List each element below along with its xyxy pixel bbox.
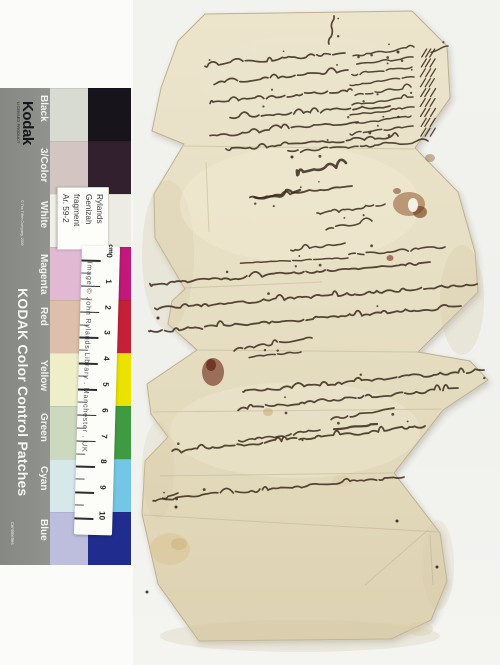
diacritic-dot — [343, 217, 345, 219]
diacritic-dot — [327, 139, 329, 141]
stain-blot — [150, 533, 190, 565]
ruler-number: 1 — [104, 279, 112, 293]
ruler-halfcm-tick — [80, 324, 89, 325]
ruler-cm-tick — [79, 337, 98, 339]
diacritic-dot — [382, 116, 384, 118]
diacritic-dot — [410, 92, 412, 94]
diacritic-dot — [376, 93, 378, 95]
diacritic-dot — [337, 422, 340, 425]
diacritic-dot — [226, 271, 229, 274]
stain-blot — [263, 408, 273, 416]
diacritic-dot — [388, 43, 390, 45]
diacritic-dot — [483, 377, 485, 379]
ruler-halfcm-tick — [75, 505, 84, 506]
ink-spot — [436, 566, 439, 569]
diacritic-dot — [318, 155, 321, 158]
ruler-cm-tick — [81, 285, 100, 287]
ruler-cm-tick — [75, 492, 94, 494]
diacritic-dot — [391, 413, 394, 416]
label-line-series: Genizah — [82, 194, 93, 249]
label-line-shelfmark: Ar. 59-2 — [59, 194, 70, 249]
label-line-collection: Rylands — [94, 194, 105, 249]
diacritic-dot — [300, 186, 302, 188]
diacritic-dot — [203, 488, 206, 491]
ruler-halfcm-tick — [81, 298, 90, 299]
diacritic-dot — [397, 116, 400, 119]
ruler-number: 9 — [98, 485, 106, 499]
diacritic-dot — [362, 100, 364, 102]
ink-spot — [396, 520, 399, 523]
stain-blot — [393, 188, 401, 194]
ruler-number: 2 — [103, 305, 111, 319]
ruler-halfcm-tick — [78, 376, 87, 377]
diacritic-dot — [285, 412, 288, 415]
ruler-halfcm-tick — [76, 453, 85, 454]
ruler-halfcm-tick — [79, 350, 88, 351]
diacritic-dot — [254, 203, 256, 205]
diacritic-dot — [283, 50, 285, 52]
ruler-halfcm-tick — [76, 479, 85, 480]
stain-blot — [407, 622, 433, 636]
diacritic-dot — [298, 255, 300, 257]
ink-spot — [397, 51, 400, 54]
ruler-number: 8 — [99, 459, 107, 473]
ruler-cm-tick — [80, 311, 99, 313]
manuscript-fragment — [0, 0, 500, 665]
stain-blot — [387, 255, 394, 261]
photo-stage: Kodak LICENSED PRODUCT KODAK Color Contr… — [0, 0, 500, 665]
diacritic-dot — [368, 131, 371, 134]
tally-slash — [430, 128, 435, 136]
diacritic-dot — [336, 64, 338, 66]
diacritic-dot — [271, 89, 273, 91]
ruler-cm-tick — [78, 388, 97, 390]
ruler-halfcm-tick — [77, 427, 86, 428]
diacritic-dot — [318, 181, 320, 183]
diacritic-dot — [209, 59, 211, 61]
diacritic-dot — [273, 205, 275, 207]
diacritic-dot — [387, 62, 389, 64]
ruler-number: 10 — [97, 511, 105, 525]
diacritic-dot — [388, 134, 391, 137]
diacritic-dot — [177, 442, 180, 445]
diacritic-dot — [442, 41, 444, 43]
diacritic-dot — [337, 35, 339, 37]
ruler-cm-tick — [82, 260, 101, 262]
diacritic-dot — [262, 105, 264, 107]
ruler-cm-tick — [76, 466, 95, 468]
ruler-number: 7 — [99, 434, 107, 448]
ink-spot — [146, 591, 149, 594]
ruler-sticker: cm Image © John Rylands Library . Manche… — [74, 246, 120, 536]
ruler-number: 5 — [101, 382, 109, 396]
fragment-label-sticker: Rylands Genizah fragment Ar. 59-2 — [57, 187, 109, 250]
diacritic-dot — [386, 56, 389, 59]
ruler-number: 3 — [102, 331, 110, 345]
diacritic-dot — [264, 349, 266, 351]
diacritic-dot — [411, 69, 413, 71]
label-line-type: fragment — [71, 194, 82, 249]
diacritic-dot — [319, 264, 322, 267]
diacritic-dot — [301, 439, 303, 441]
diacritic-dot — [360, 373, 362, 375]
diacritic-dot — [284, 396, 286, 398]
ink-spot — [175, 506, 178, 509]
ink-spot — [291, 156, 294, 159]
diacritic-dot — [175, 498, 178, 501]
ruler-cm-tick — [74, 517, 93, 519]
ink-spot — [157, 317, 160, 320]
stain-blot — [206, 359, 216, 371]
ruler-number: 4 — [102, 356, 110, 370]
diacritic-dot — [376, 305, 378, 307]
diacritic-dot — [363, 214, 365, 216]
ruler-cm-tick — [77, 414, 96, 416]
diacritic-dot — [407, 420, 409, 422]
ruler-number: 6 — [100, 408, 108, 422]
ruler-cm-tick — [79, 363, 98, 365]
stain-blot — [425, 154, 435, 162]
ruler-number: 0 — [104, 253, 112, 267]
diacritic-dot — [347, 116, 349, 118]
diacritic-dot — [401, 59, 404, 62]
diacritic-dot — [267, 292, 270, 295]
stain-blot — [408, 198, 418, 212]
diacritic-dot — [163, 492, 165, 494]
stain-blot — [171, 538, 187, 550]
diacritic-dot — [295, 265, 297, 267]
ruler-cm-tick — [77, 440, 96, 442]
diacritic-dot — [370, 54, 373, 57]
diacritic-dot — [337, 18, 339, 20]
ruler-halfcm-tick — [78, 401, 87, 402]
diacritic-dot — [357, 56, 360, 59]
diacritic-dot — [276, 349, 278, 351]
diacritic-dot — [377, 125, 379, 127]
ruler-halfcm-tick — [81, 272, 90, 273]
diacritic-dot — [370, 244, 373, 247]
